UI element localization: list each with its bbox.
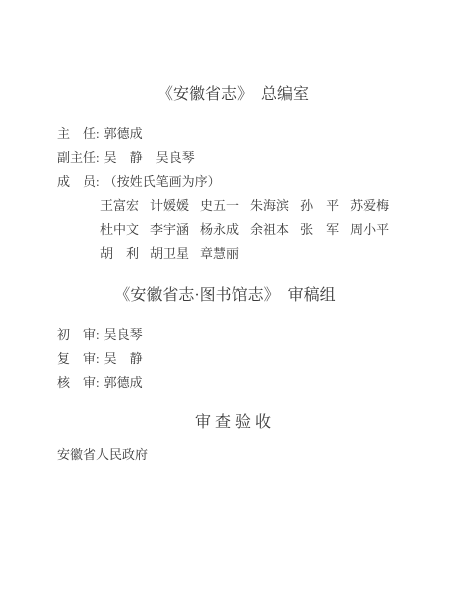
member-name: 李宇涵 bbox=[150, 218, 189, 242]
acceptance-title: 审查验收 bbox=[10, 414, 450, 431]
member-row: 胡 利 胡卫星 章慧丽 bbox=[57, 242, 393, 266]
role-line-director: 主任:郭德成 bbox=[57, 122, 393, 146]
member-name: 周小平 bbox=[350, 218, 389, 242]
colon: : bbox=[96, 347, 100, 371]
member-name: 孙 平 bbox=[300, 194, 339, 218]
editorial-office-roles: 主任:郭德成 副主任:吴 静 吴良琴 成员:（按姓氏笔画为序） bbox=[57, 122, 393, 194]
role-line-deputy-director: 副主任:吴 静 吴良琴 bbox=[57, 146, 393, 170]
document-page: 《安徽省志》 总编室 主任:郭德成 副主任:吴 静 吴良琴 成员:（按姓氏笔画为… bbox=[0, 0, 450, 610]
acceptance-body: 安徽省人民政府 bbox=[57, 448, 393, 462]
member-row: 杜中文 李宇涵 杨永成 余祖本 张 军 周小平 bbox=[57, 218, 393, 242]
role-value: 郭德成 bbox=[104, 122, 143, 146]
colon: : bbox=[96, 323, 100, 347]
role-line-second-review: 复审:吴 静 bbox=[57, 347, 393, 371]
member-name: 张 军 bbox=[300, 218, 339, 242]
member-name: 胡 利 bbox=[100, 242, 139, 266]
member-name: 杨永成 bbox=[200, 218, 239, 242]
role-label: 成员 bbox=[57, 170, 96, 194]
role-label: 主任 bbox=[57, 122, 96, 146]
member-name: 苏爱梅 bbox=[350, 194, 389, 218]
role-label: 初审 bbox=[57, 323, 96, 347]
role-value: 吴良琴 bbox=[104, 323, 143, 347]
review-group-roles: 初审:吴良琴 复审:吴 静 核审:郭德成 bbox=[57, 323, 393, 395]
member-name: 杜中文 bbox=[100, 218, 139, 242]
member-name: 史五一 bbox=[200, 194, 239, 218]
colon: : bbox=[96, 170, 100, 194]
member-name: 朱海滨 bbox=[250, 194, 289, 218]
role-label: 复审 bbox=[57, 347, 96, 371]
member-name: 章慧丽 bbox=[200, 242, 239, 266]
member-name-list: 王富宏 计媛媛 史五一 朱海滨 孙 平 苏爱梅 杜中文 李宇涵 杨永成 余祖本 … bbox=[57, 194, 393, 266]
role-value: 郭德成 bbox=[104, 371, 143, 395]
role-value: 吴 静 bbox=[104, 347, 143, 371]
members-sort-note: （按姓氏笔画为序） bbox=[104, 170, 221, 194]
colon: : bbox=[96, 371, 100, 395]
review-group-title: 《安徽省志·图书馆志》 审稿组 bbox=[0, 287, 450, 304]
role-line-first-review: 初审:吴良琴 bbox=[57, 323, 393, 347]
colon: : bbox=[96, 122, 100, 146]
member-name: 计媛媛 bbox=[150, 194, 189, 218]
member-name: 余祖本 bbox=[250, 218, 289, 242]
colon: : bbox=[96, 146, 100, 170]
editorial-office-title: 《安徽省志》 总编室 bbox=[8, 86, 450, 103]
role-line-members: 成员:（按姓氏笔画为序） bbox=[57, 170, 393, 194]
member-name: 胡卫星 bbox=[150, 242, 189, 266]
role-line-final-review: 核审:郭德成 bbox=[57, 371, 393, 395]
role-value: 吴 静 吴良琴 bbox=[104, 146, 195, 170]
role-label: 核审 bbox=[57, 371, 96, 395]
role-label: 副主任 bbox=[57, 146, 96, 170]
member-name: 王富宏 bbox=[100, 194, 139, 218]
member-row: 王富宏 计媛媛 史五一 朱海滨 孙 平 苏爱梅 bbox=[57, 194, 393, 218]
